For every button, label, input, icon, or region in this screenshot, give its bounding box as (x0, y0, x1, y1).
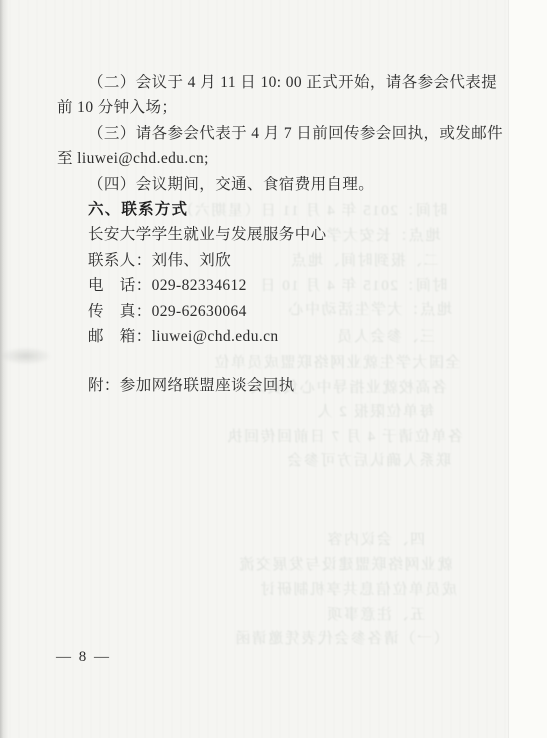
para-4: （四）会议期间，交通、食宿费用自理。 (57, 172, 465, 197)
bleedthrough-line: 联系人确认后方可参会 (286, 449, 451, 470)
scan-smudge (0, 347, 52, 365)
paper-right-edge (508, 0, 547, 738)
bleedthrough-line: （一）请各参会代表凭邀请函 (234, 627, 449, 648)
para-2-line-2: 前 10 分钟入场； (57, 95, 465, 120)
bleedthrough-line: 就业网络联盟建设与发展交流 (238, 553, 453, 574)
para-2-line-1: （二）会议于 4 月 11 日 10: 00 正式开始，请各参会代表提 (57, 70, 465, 95)
contact-fax: 传 真：029-62630064 (57, 299, 465, 324)
bleedthrough-line: 各单位请于 4 月 7 日前回传回执 (226, 425, 463, 446)
bleedthrough-line: 五、注意事项 (326, 603, 425, 624)
contact-phone: 电 话：029-82334612 (57, 273, 465, 298)
attachment-note: 附：参加网络联盟座谈会回执 (57, 373, 465, 398)
document-body: （二）会议于 4 月 11 日 10: 00 正式开始，请各参会代表提 前 10… (57, 70, 465, 399)
contact-person: 联系人：刘伟、刘欣 (57, 248, 465, 273)
para-3-line-2: 至 liuwei@chd.edu.cn; (57, 146, 465, 171)
bleedthrough-line: 成员单位信息共享机制研讨 (259, 578, 457, 599)
scanned-document-page: 时间：2015 年 4 月 11 日（星期六） 地点：长安大学 二、报到时间、地… (0, 0, 547, 738)
contact-email: 邮 箱：liuwei@chd.edu.cn (57, 324, 465, 349)
para-3-line-1: （三）请各参会代表于 4 月 7 日前回传参会回执，或发邮件 (57, 121, 465, 146)
org-name: 长安大学学生就业与发展服务中心 (57, 222, 465, 247)
section-heading-contact: 六、联系方式 (57, 197, 465, 222)
scan-left-edge-shadow (0, 0, 9, 738)
bleedthrough-line: 四、会议内容 (326, 528, 425, 549)
bleedthrough-line: 每单位限报 2 人 (316, 400, 435, 421)
page-number: — 8 — (56, 649, 111, 666)
